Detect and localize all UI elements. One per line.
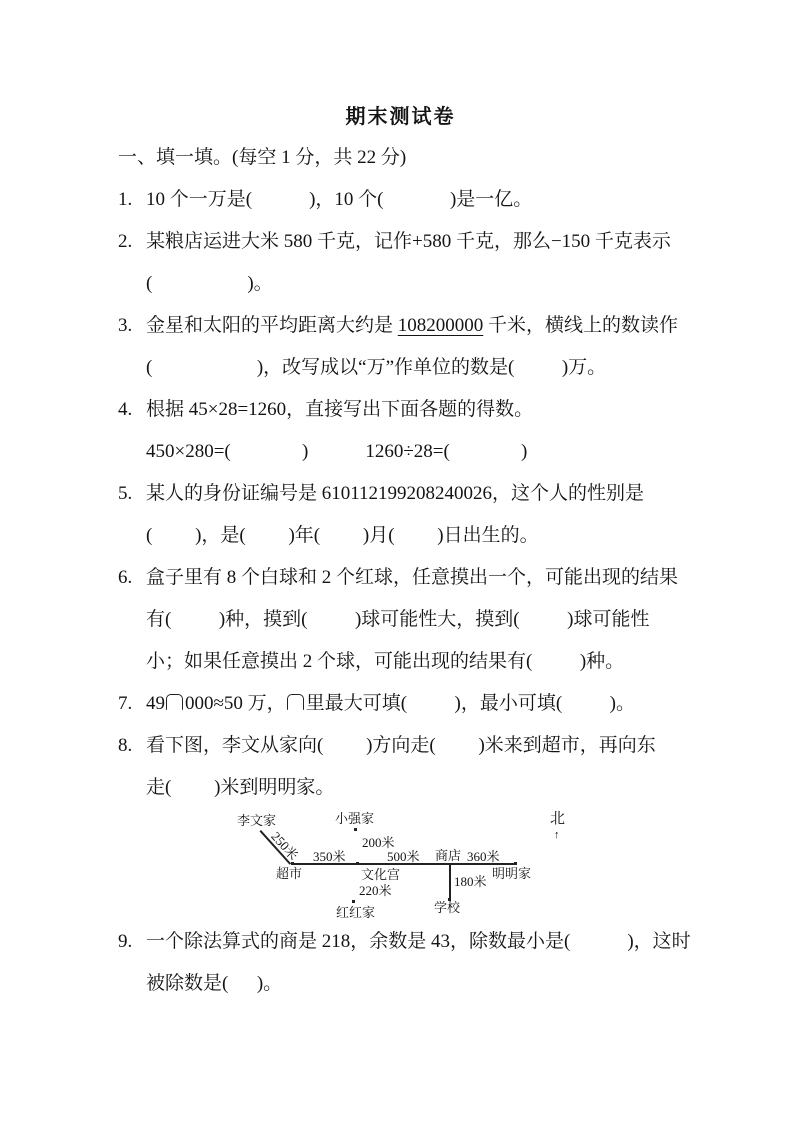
distance-250-label: 250米 bbox=[263, 824, 305, 868]
underlined-number: 108200000 bbox=[398, 315, 484, 336]
question-number: 1. bbox=[118, 179, 146, 221]
question-3: 3. 金星和太阳的平均距离大约是 108200000 千米，横线上的数读作 ( … bbox=[118, 305, 683, 389]
question-line: 某粮店运进大米 580 千克，记作+580 千克，那么−150 千克表示 bbox=[146, 221, 683, 263]
question-number: 8. bbox=[118, 725, 146, 809]
cultural-palace-label: 文化宫 bbox=[361, 868, 400, 883]
question-4: 4. 根据 45×28=1260，直接写出下面各题的得数。 450×280=( … bbox=[118, 389, 683, 473]
honghong-home-dot bbox=[352, 900, 355, 903]
question-line: ( )，改写成以“万”作单位的数是( )万。 bbox=[146, 347, 683, 389]
distance-360-label: 360米 bbox=[467, 850, 500, 865]
question-line: ( )。 bbox=[146, 263, 683, 305]
honghong-home-label: 红红家 bbox=[336, 906, 375, 921]
xiaoqiang-home-label: 小强家 bbox=[335, 812, 374, 827]
question-line: 盒子里有 8 个白球和 2 个红球，任意摸出一个，可能出现的结果 bbox=[146, 557, 683, 599]
distance-220-label: 220米 bbox=[359, 884, 392, 899]
supermarket-dot bbox=[291, 862, 294, 865]
question-text: 里最大可填( )，最小可填( )。 bbox=[306, 693, 635, 714]
question-line: 有( )种，摸到( )球可能性大，摸到( )球可能性 bbox=[146, 599, 683, 641]
question-number: 3. bbox=[118, 305, 146, 389]
question-2: 2. 某粮店运进大米 580 千克，记作+580 千克，那么−150 千克表示 … bbox=[118, 221, 683, 305]
question-line: 450×280=( ) 1260÷28=( ) bbox=[146, 431, 683, 473]
road-line-school bbox=[449, 864, 451, 899]
question-line: ( )，是( )年( )月( )日出生的。 bbox=[146, 515, 683, 557]
question-line: 10 个一万是( )，10 个( )是一亿。 bbox=[146, 179, 683, 221]
question-text: 金星和太阳的平均距离大约是 bbox=[146, 315, 398, 336]
question-text: 千米，横线上的数读作 bbox=[483, 315, 678, 336]
question-5: 5. 某人的身份证编号是 610112199208240026，这个人的性别是 … bbox=[118, 473, 683, 557]
blank-box bbox=[287, 694, 304, 710]
question-line: 金星和太阳的平均距离大约是 108200000 千米，横线上的数读作 bbox=[146, 305, 683, 347]
distance-180-label: 180米 bbox=[454, 875, 487, 890]
page-title: 期末测试卷 bbox=[118, 95, 683, 137]
question-line: 49000≈50 万，里最大可填( )，最小可填( )。 bbox=[146, 683, 683, 725]
question-line: 看下图，李文从家向( )方向走( )米来到超市，再向东 bbox=[146, 725, 683, 767]
question-text: 000≈50 万， bbox=[185, 693, 286, 714]
question-number: 9. bbox=[118, 921, 146, 1005]
question-number: 2. bbox=[118, 221, 146, 305]
question-number: 7. bbox=[118, 683, 146, 725]
north-arrow-icon: ↑ bbox=[554, 829, 560, 842]
question-line: 一个除法算式的商是 218，余数是 43，除数最小是( )，这时 bbox=[146, 921, 683, 963]
question-number: 4. bbox=[118, 389, 146, 473]
distance-350-label: 350米 bbox=[313, 850, 346, 865]
question-9: 9. 一个除法算式的商是 218，余数是 43，除数最小是( )，这时 被除数是… bbox=[118, 921, 683, 1005]
question-line: 小；如果任意摸出 2 个球，可能出现的结果有( )种。 bbox=[146, 641, 683, 683]
question-line: 根据 45×28=1260，直接写出下面各题的得数。 bbox=[146, 389, 683, 431]
question-text: 49 bbox=[146, 693, 165, 714]
question-8: 8. 看下图，李文从家向( )方向走( )米来到超市，再向东 走( )米到明明家… bbox=[118, 725, 683, 809]
section-heading: 一、填一填。(每空 1 分，共 22 分) bbox=[118, 137, 683, 179]
north-label: 北 bbox=[550, 811, 565, 828]
blank-box bbox=[166, 694, 183, 710]
mingming-home-label: 明明家 bbox=[492, 867, 531, 882]
cultural-palace-dot bbox=[356, 862, 359, 865]
distance-500-label: 500米 bbox=[387, 850, 420, 865]
xiaoqiang-home-dot bbox=[354, 828, 357, 831]
question-7: 7. 49000≈50 万，里最大可填( )，最小可填( )。 bbox=[118, 683, 683, 725]
school-label: 学校 bbox=[434, 901, 460, 916]
question-1: 1. 10 个一万是( )，10 个( )是一亿。 bbox=[118, 179, 683, 221]
distance-diagram: 李文家 250米 超市 350米 小强家 200米 文化宫 220米 红红家 5… bbox=[223, 803, 593, 921]
mingming-home-dot bbox=[514, 862, 517, 865]
shop-label: 商店 bbox=[435, 849, 461, 864]
supermarket-label: 超市 bbox=[276, 867, 302, 882]
question-6: 6. 盒子里有 8 个白球和 2 个红球，任意摸出一个，可能出现的结果 有( )… bbox=[118, 557, 683, 683]
question-number: 6. bbox=[118, 557, 146, 683]
question-number: 5. bbox=[118, 473, 146, 557]
question-line: 被除数是( )。 bbox=[146, 963, 683, 1005]
test-paper-page: 期末测试卷 一、填一填。(每空 1 分，共 22 分) 1. 10 个一万是( … bbox=[0, 0, 793, 1005]
question-line: 某人的身份证编号是 610112199208240026，这个人的性别是 bbox=[146, 473, 683, 515]
